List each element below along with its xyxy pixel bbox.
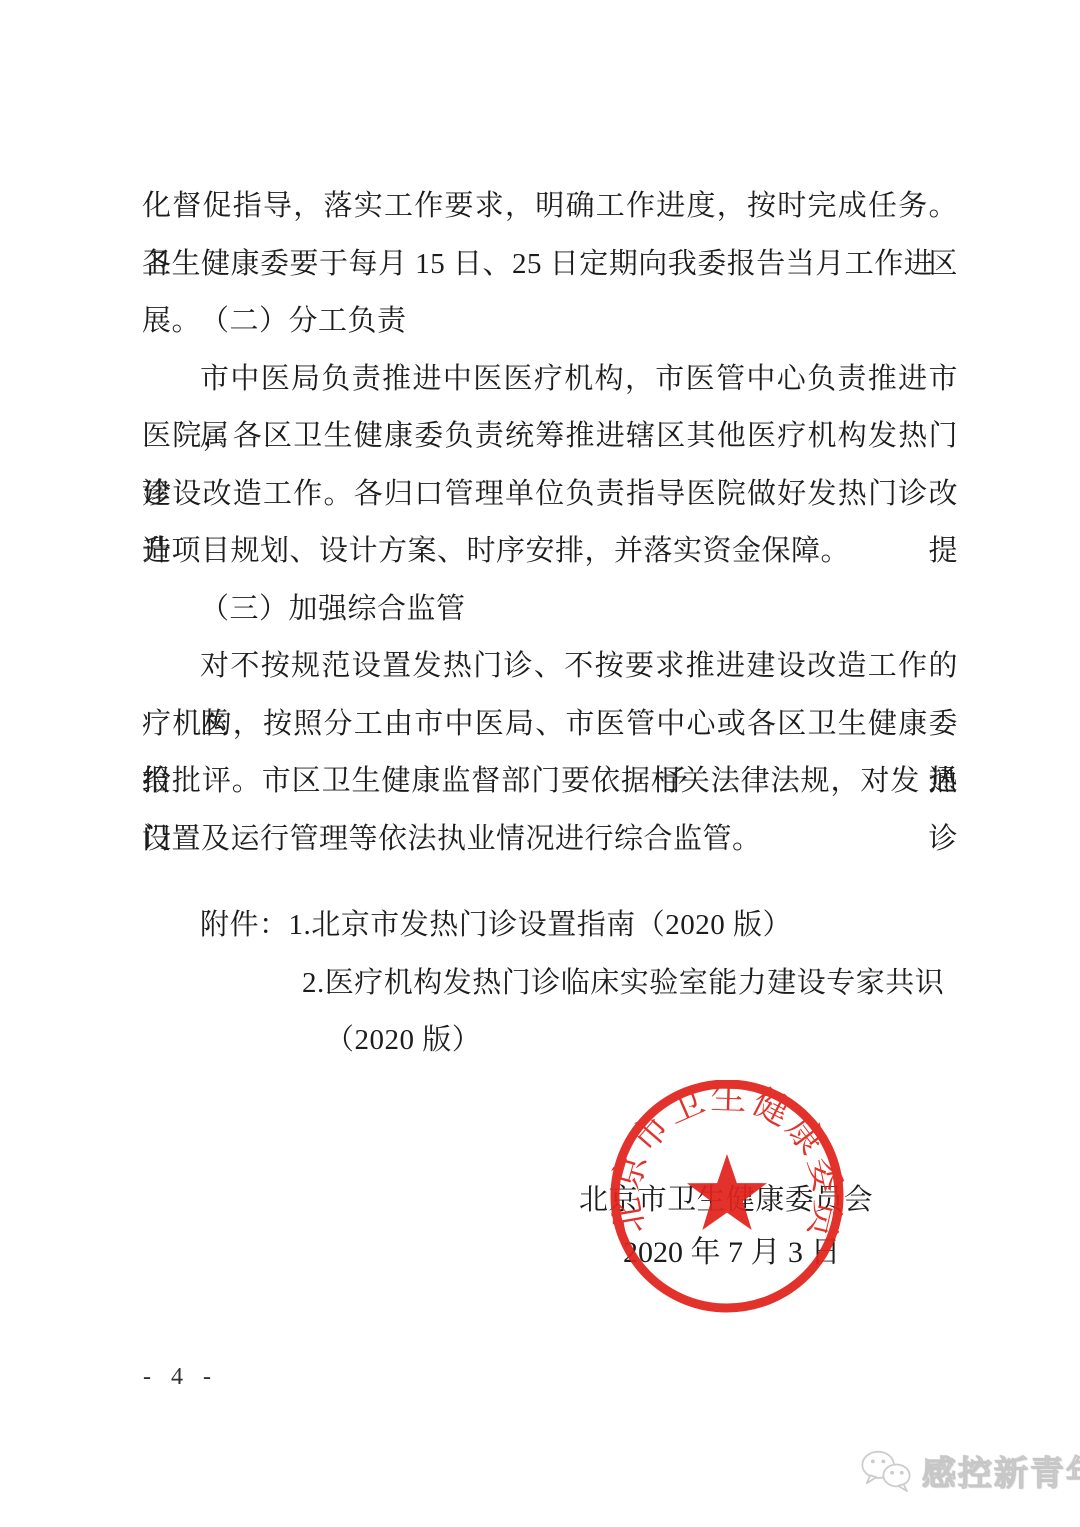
svg-text:北京市卫生健康委员会: 北京市卫生健康委员会 [607,1080,847,1244]
document-body: 化督促指导，落实工作要求，明确工作进度，按时完成任务。各 区 卫生健康委要于每月… [142,178,958,1070]
document-page: 化督促指导，落实工作要求，明确工作进度，按时完成任务。各 区 卫生健康委要于每月… [0,0,1080,1527]
seal-arc-text: 北京市卫生健康委员会 [607,1080,847,1244]
body-line: 市中医局负责推进中医医疗机构，市医管中心负责推进市属 [142,351,958,409]
body-line: 化督促指导，落实工作要求，明确工作进度，按时完成任务。各 区 [142,178,958,236]
attachment-line: 2.医疗机构发热门诊临床实验室能力建设专家共识 [142,955,958,1013]
attachment-line: 附件：1.北京市发热门诊设置指南（2020 版） [142,897,958,955]
section-heading: （二）分工负责 [142,293,958,351]
body-line: 建设改造工作。各归口管理单位负责指导医院做好发热门诊改造提 [142,466,958,524]
body-line: 医院，各区卫生健康委负责统筹推进辖区其他医疗机构发热门诊 [142,408,958,466]
watermark: 感控新青年 [858,1446,1080,1495]
body-line: 卫生健康委要于每月 15 日、25 日定期向我委报告当月工作进展。 [142,236,958,294]
wechat-icon [858,1448,914,1494]
body-line: 升项目规划、设计方案、时序安排，并落实资金保障。 [142,523,958,581]
body-line: 疗机构，按照分工由市中医局、市医管中心或各区卫生健康委给 予通 [142,696,958,754]
blank-spacer [142,868,958,897]
watermark-label: 感控新青年 [922,1446,1080,1495]
issue-date: 2020 年 7 月 3 日 [623,1236,841,1270]
section-heading: （三）加强综合监管 [142,581,958,639]
body-line: 报批评。市区卫生健康监督部门要依据相关法律法规，对发 热门诊 [142,753,958,811]
attachment-line: （2020 版） [142,1012,958,1070]
body-line: 对不按规范设置发热门诊、不按要求推进建设改造工作的医 [142,638,958,696]
issuer-signature: 北京市卫生健康委员会 [579,1183,863,1217]
page-number: - 4 - [143,1364,218,1391]
